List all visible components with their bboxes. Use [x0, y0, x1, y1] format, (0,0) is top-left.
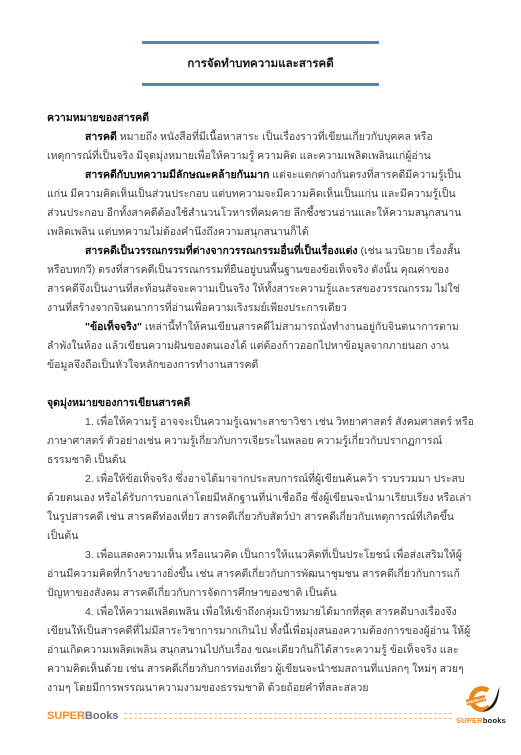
title-block: การจัดทำบทความและสารคดี: [142, 41, 379, 86]
footer-brand: SUPERBooks: [47, 710, 119, 722]
logo-caption-dark: books: [483, 716, 506, 725]
title-bottom-rule: [142, 83, 379, 86]
superbooks-swoosh-icon: SUPERBOOKS: [461, 686, 501, 716]
paragraph-lead: สารคดี: [85, 131, 117, 143]
section-heading: จุดมุ่งหมายของการเขียนสารคดี: [47, 394, 477, 413]
paragraph: 1. เพื่อให้ความรู้ อาจจะเป็นความรู้เฉพาะ…: [47, 413, 477, 470]
paragraph: "ข้อเท็จจริง" เหล่านี้ทำให้คนเขียนสารคดี…: [47, 318, 477, 375]
footer-divider-line: [124, 713, 452, 719]
paragraph: 3. เพื่อแสดงความเห็น หรือแนวคิด เป็นการใ…: [47, 546, 477, 603]
paragraph: สารคดี หมายถึง หนังสือที่มีเนื้อหาสาระ เ…: [47, 128, 477, 166]
footer-brand-orange: SUPER: [47, 710, 85, 722]
logo-ribbon: SUPERBOOKS: [463, 694, 490, 706]
paragraph: สารคดีกับบทความมีลักษณะคล้ายกันมาก แต่จะ…: [47, 166, 477, 242]
document-page: { "page": { "title": "การจัดทำบทความและส…: [0, 0, 521, 755]
document-body: ความหมายของสารคดี สารคดี หมายถึง หนังสือ…: [47, 109, 477, 698]
document-section: ความหมายของสารคดี สารคดี หมายถึง หนังสือ…: [47, 109, 477, 375]
logo-caption-orange: SUPER: [456, 716, 483, 725]
paragraph: 2. เพื่อให้ข้อเท็จจริง ซึ่งอาจได้มาจากปร…: [47, 470, 477, 546]
superbooks-logo: SUPERBOOKS SUPERbooks: [454, 686, 508, 725]
document-section: จุดมุ่งหมายของการเขียนสารคดี 1. เพื่อให้…: [47, 394, 477, 698]
paragraph: สารคดีเป็นวรรณกรรมที่ต่างจากวรรณกรรมอื่น…: [47, 242, 477, 318]
page-footer: SUPERBooks SUPERBOOKS SUPERbooks: [47, 683, 508, 722]
page-title: การจัดทำบทความและสารคดี: [142, 44, 379, 83]
section-heading: ความหมายของสารคดี: [47, 109, 477, 128]
paragraph-lead: สารคดีเป็นวรรณกรรมที่ต่างจากวรรณกรรมอื่น…: [85, 245, 358, 257]
paragraph-lead: สารคดีกับบทความมีลักษณะคล้ายกันมาก: [85, 169, 269, 181]
section-paragraphs: 1. เพื่อให้ความรู้ อาจจะเป็นความรู้เฉพาะ…: [47, 413, 477, 698]
paragraph-lead: "ข้อเท็จจริง": [85, 321, 142, 333]
section-paragraphs: สารคดี หมายถึง หนังสือที่มีเนื้อหาสาระ เ…: [47, 128, 477, 375]
footer-brand-dark: Books: [85, 710, 119, 722]
superbooks-logo-caption: SUPERbooks: [454, 716, 508, 725]
